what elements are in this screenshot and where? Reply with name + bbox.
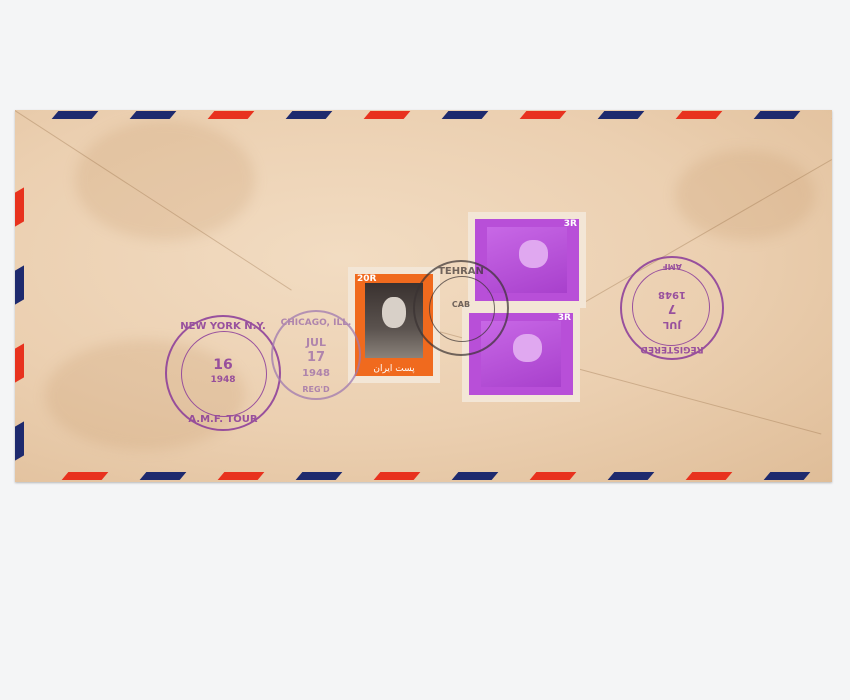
postmark-year: 1948 [167,375,279,385]
postmark-year: 1948 [622,289,722,300]
postmark-text: AMF [622,262,722,271]
envelope: 20R پست ایران 3R 3R TEHRAN CAB NEW YORK … [15,110,832,482]
airmail-stripe [15,421,24,460]
airmail-stripe [140,472,187,480]
stamp-caption: پست ایران [355,364,433,374]
postmark-year: 1948 [273,368,359,379]
airmail-stripe [130,111,177,119]
airmail-stripe [676,111,723,119]
airmail-stripe [686,472,733,480]
postmark-text: NEW YORK N.Y. [167,321,279,332]
postmark-registered: REGISTERED JUL 7 1948 AMF [620,256,724,360]
postmark-day: 17 [273,350,359,365]
airmail-stripe [15,187,24,226]
stain [675,150,815,240]
airmail-stripe [286,111,333,119]
airmail-stripe [442,111,489,119]
airmail-stripe [754,111,801,119]
postmark-text: CAB [415,300,507,309]
airmail-stripe [218,472,265,480]
postmark-tehran: TEHRAN CAB [413,260,509,356]
postmark-chicago: CHICAGO, ILL. JUL 17 1948 REG'D [271,310,361,400]
airmail-stripe [374,472,421,480]
postmark-new-york: NEW YORK N.Y. 16 1948 A.M.F. TOUR [165,315,281,431]
postmark-day: 16 [167,357,279,373]
airmail-stripe [764,472,811,480]
postmark-text: CHICAGO, ILL. [273,318,359,328]
postmark-text: REGISTERED [622,344,722,354]
airmail-stripe [520,111,567,119]
postmark-day: 7 [622,302,722,316]
airmail-stripe [52,111,99,119]
airmail-stripe [15,265,24,304]
postmark-text: A.M.F. TOUR [167,414,279,425]
airmail-stripe [598,111,645,119]
airmail-stripe [364,111,411,119]
postmark-text: REG'D [273,385,359,394]
postmark-month: JUL [273,336,359,349]
airmail-stripe [62,472,109,480]
postmark-text: TEHRAN [415,266,507,277]
airmail-stripe [530,472,577,480]
airmail-stripe [15,343,24,382]
airmail-stripe [608,472,655,480]
airmail-stripe [296,472,343,480]
stain [75,120,255,240]
airmail-stripe [452,472,499,480]
airmail-stripe [208,111,255,119]
postmark-month: JUL [622,319,722,330]
